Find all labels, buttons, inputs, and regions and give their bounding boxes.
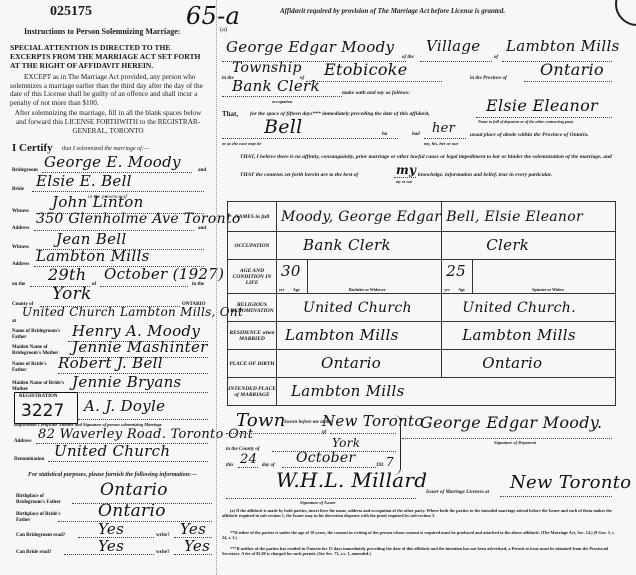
- issuer-of-label: Issuer of Marriage Licenses at: [426, 490, 489, 495]
- my-our-caption: my or our: [396, 179, 412, 184]
- file-annotation: 65-a: [186, 2, 240, 30]
- age-row-label: AGE AND CONDITION IN LIFE: [228, 260, 277, 294]
- sworn-municipality-line: [330, 432, 396, 434]
- certify-text: that I solemnized the marriage of:—: [62, 146, 149, 152]
- oath-label: make oath and say as follows:: [342, 90, 410, 96]
- spinster-label: Spinster or Widow: [532, 287, 564, 292]
- marriage-month-value: October (1927): [104, 265, 224, 283]
- municipality-type-value: Village: [426, 37, 480, 55]
- register-row-intended-place: INTENDED PLACE of MARRIAGE Lambton Mills: [228, 378, 616, 406]
- register-row-names: NAMES in full Moody, George Edgar Bell, …: [228, 202, 616, 232]
- name-caption: Name in full of deponent or of the other…: [478, 119, 573, 124]
- province-value: Ontario: [540, 60, 604, 79]
- sworn-county-value: York: [332, 436, 360, 450]
- groom-father-birthplace-value: Ontario: [100, 480, 168, 500]
- witness2-label: Witness: [12, 245, 29, 250]
- township-type-value: Township: [232, 60, 302, 76]
- bride-mother-line: [68, 391, 208, 393]
- officiant-line: [78, 418, 208, 420]
- contents-end-text: knowledge, information and belief, true …: [418, 172, 552, 178]
- left-panel-divider: [216, 0, 217, 575]
- register-row-occupation: OCCUPATION Bank Clerk Clerk: [228, 232, 616, 260]
- and-label-2: and: [198, 226, 206, 231]
- groom-write-value: Yes: [180, 520, 206, 538]
- groom-read-value: Yes: [98, 520, 124, 538]
- pronoun-caption: my, his, her or our: [424, 141, 458, 146]
- bride-age-label: Age: [458, 287, 465, 292]
- pronoun-value: her: [432, 121, 455, 136]
- register-row-religion: RELIGIOUS DENOMINATION United Church Uni…: [228, 294, 616, 322]
- that-label: That,: [222, 110, 238, 118]
- abode-label: usual place of abode within the Province…: [470, 132, 589, 138]
- bride-age-cell: 25 yrs Age: [442, 260, 473, 293]
- groom-occupation-value: Bank Clerk: [277, 236, 391, 254]
- issuer-signature-line: [226, 497, 416, 499]
- seal-stamp: [615, 0, 636, 26]
- on-the-label: on the: [12, 282, 25, 287]
- municipality-value: Lambton Mills: [506, 37, 620, 55]
- occupation-row-label: OCCUPATION: [228, 232, 277, 260]
- groom-name-value: Moody, George Edgar: [277, 209, 441, 225]
- bride-father-value: Robert J. Bell: [58, 354, 163, 372]
- bride-read-value: Yes: [98, 537, 124, 555]
- other-party-continued-line: [222, 137, 398, 139]
- birthplace-row-label: PLACE OF BIRTH: [228, 350, 277, 378]
- witness2-address-value: Lambton Mills: [36, 247, 150, 265]
- groom-birthplace-value: Ontario: [277, 354, 381, 372]
- of-label-2: of: [494, 55, 498, 60]
- witness1-address-value: 350 Glenholme Ave Toronto: [36, 211, 241, 227]
- sworn-day-value: 24: [240, 452, 257, 467]
- issuer-signature: W.H.L. Millard: [276, 468, 427, 492]
- groom-religion-value: United Church: [277, 300, 412, 316]
- officiant-signature: A. J. Doyle: [84, 397, 165, 415]
- bride-name-value: Bell, Elsie Eleanor: [442, 209, 583, 225]
- affidavit-mark-a: (a): [220, 26, 227, 33]
- month-line: [100, 285, 188, 287]
- groom-residence-value: Lambton Mills: [277, 326, 399, 344]
- other-party-first-value: Elsie Eleanor: [486, 96, 598, 115]
- bride-father-label: Name of Bride's Father: [12, 362, 62, 373]
- sworn-municipality-type-value: Town: [236, 410, 286, 431]
- deponent-signature-line: [402, 437, 612, 439]
- register-row-age: AGE AND CONDITION IN LIFE 30 yrs Age Bac…: [228, 260, 616, 294]
- address2-label: Address: [12, 262, 29, 267]
- denomination-line: [48, 460, 208, 462]
- county-value: York: [52, 284, 92, 304]
- sworn-type-line: [226, 432, 326, 434]
- footnote-triple-star: ***If neither of the parties has resided…: [222, 546, 618, 556]
- bride-label: Bride: [12, 187, 24, 192]
- register-table: NAMES in full Moody, George Edgar Bell, …: [227, 201, 616, 406]
- and-label: and: [198, 168, 206, 173]
- groom-write-label: write?: [156, 533, 170, 538]
- in-the-label: in the: [192, 282, 204, 287]
- bride-read-label: Can Bride read?: [16, 550, 51, 555]
- issuer-location-value: New Toronto: [510, 472, 631, 493]
- bride-mother-label: Maiden Name of Bride's Mother: [12, 381, 68, 392]
- sworn-municipality-value: New Toronto: [322, 412, 424, 430]
- bride-line: [32, 190, 204, 192]
- officiant-address-label: Address: [14, 439, 31, 444]
- denomination-value: United Church: [54, 442, 170, 460]
- bridegroom-label: Bridegroom: [12, 168, 38, 173]
- groom-age-cell: 30 yrs Age: [277, 260, 308, 293]
- pronoun-line: [424, 137, 466, 139]
- deponent-signature-caption: Signature of Deponent: [494, 440, 536, 445]
- witness1-value: John Linton: [52, 193, 144, 211]
- issuer-location-line: [500, 495, 612, 497]
- bride-value: Elsie E. Bell: [36, 172, 132, 190]
- groom-read-label: Can Bridegroom read?: [16, 533, 65, 538]
- sworn-month-value: October: [296, 450, 355, 466]
- issuer-signature-caption: Signature of Issuer: [300, 500, 336, 505]
- intended-place-value: Lambton Mills: [277, 382, 405, 400]
- bachelor-label: Bachelor or Widower: [349, 287, 386, 292]
- groom-yrs-label: yrs: [279, 287, 284, 292]
- groom-age-label: Age: [293, 287, 300, 292]
- contents-text: THAT the contents set forth herein are t…: [240, 172, 358, 178]
- special-attention-text: SPECIAL ATTENTION IS DIRECTED TO THE EXC…: [10, 43, 206, 70]
- deponent-value: George Edgar Moody: [226, 38, 394, 56]
- statistical-text: For statistical purposes, please furnish…: [16, 472, 212, 479]
- bride-father-birthplace-value: Ontario: [98, 501, 166, 521]
- footnote-double-star: **If either of the parties is under the …: [222, 530, 618, 540]
- groom-father-birthplace-label: Birthplace of Bridegroom's Father: [16, 494, 74, 505]
- affidavit-header: Affidavit required by provision of The M…: [280, 7, 505, 15]
- occupation-line: [222, 95, 342, 97]
- municipality-type-line: [420, 60, 492, 62]
- after-solemnizing-text: After solemnizing the marriage, fill in …: [10, 109, 206, 136]
- witness2-value: Jean Bell: [56, 230, 126, 248]
- province-line: [524, 80, 612, 82]
- sworn-day-of-label: day of: [262, 463, 275, 468]
- residence-row-label: RESIDENCE when MARRIED: [228, 322, 277, 350]
- form-number: 025175: [50, 4, 92, 20]
- township-value: Etobicoke: [324, 60, 408, 79]
- township-line: [306, 80, 442, 82]
- except-text: EXCEPT as in The Marriage Act provided, …: [10, 73, 206, 107]
- other-party-surname-value: Bell: [264, 116, 303, 138]
- or-case-caption: or as the case may be: [222, 141, 261, 146]
- bride-birthplace-value: Ontario: [442, 354, 542, 372]
- province-label: in the Province of: [470, 76, 507, 81]
- bride-religion-value: United Church.: [442, 300, 576, 316]
- my-value: my: [396, 163, 416, 177]
- registration-label: REGISTRATION: [19, 394, 58, 399]
- occupation-value: Bank Clerk: [232, 77, 320, 95]
- instructions-title: Instructions to Person Solemnizing Marri…: [24, 27, 180, 36]
- groom-age-value: 30: [281, 262, 301, 280]
- groom-father-label: Name of Bridegroom's Father: [12, 329, 62, 340]
- marriage-license-document: 025175 65-a Instructions to Person Solem…: [0, 0, 636, 575]
- bride-mother-value: Jennie Bryans: [72, 373, 182, 391]
- bride-yrs-label: yrs: [444, 287, 449, 292]
- sworn-this-label: this: [226, 463, 234, 468]
- registration-number: 3227: [21, 401, 64, 421]
- bride-age-value: 25: [446, 262, 466, 280]
- bridegroom-value: George E. Moody: [44, 153, 181, 171]
- other-party-line: [476, 116, 612, 118]
- intended-place-row-label: INTENDED PLACE of MARRIAGE: [228, 378, 277, 406]
- religion-row-label: RELIGIOUS DENOMINATION: [228, 294, 277, 322]
- names-label: NAMES in full: [228, 202, 277, 232]
- register-row-residence: RESIDENCE when MARRIED Lambton Mills Lam…: [228, 322, 616, 350]
- footnote-a: (a) If the affidavit is made by both par…: [222, 508, 618, 518]
- has-label: ha: [382, 132, 387, 137]
- sworn-of-label: of: [322, 430, 326, 435]
- place-value: United Church Lambton Mills, Ont: [22, 305, 243, 319]
- sworn-bracket: [394, 415, 401, 475]
- of-label: of: [92, 282, 96, 287]
- registration-box: REGISTRATION 3227: [14, 392, 78, 424]
- deponent-signature: George Edgar Moody.: [420, 413, 602, 432]
- address1-label: Address: [12, 226, 29, 231]
- witness1-label: Witness: [12, 209, 29, 214]
- bride-residence-value: Lambton Mills: [442, 326, 576, 344]
- bride-occupation-value: Clerk: [442, 236, 529, 254]
- no-affinity-text: THAT, I believe there is no affinity, co…: [222, 154, 618, 161]
- marriage-day-value: 29th: [48, 265, 86, 284]
- had-label: had: [412, 132, 420, 137]
- at-label: at: [12, 319, 16, 324]
- sworn-year-suffix: 7: [386, 455, 394, 469]
- bride-write-value: Yes: [184, 537, 210, 555]
- occupation-caption: occupation: [272, 99, 293, 104]
- officiant-address-value: 82 Waverley Road. Toronto Ont: [38, 427, 253, 442]
- register-row-birthplace: PLACE OF BIRTH Ontario Ontario: [228, 350, 616, 378]
- denomination-label: Denomination: [14, 457, 44, 462]
- bride-write-label: write?: [156, 550, 170, 555]
